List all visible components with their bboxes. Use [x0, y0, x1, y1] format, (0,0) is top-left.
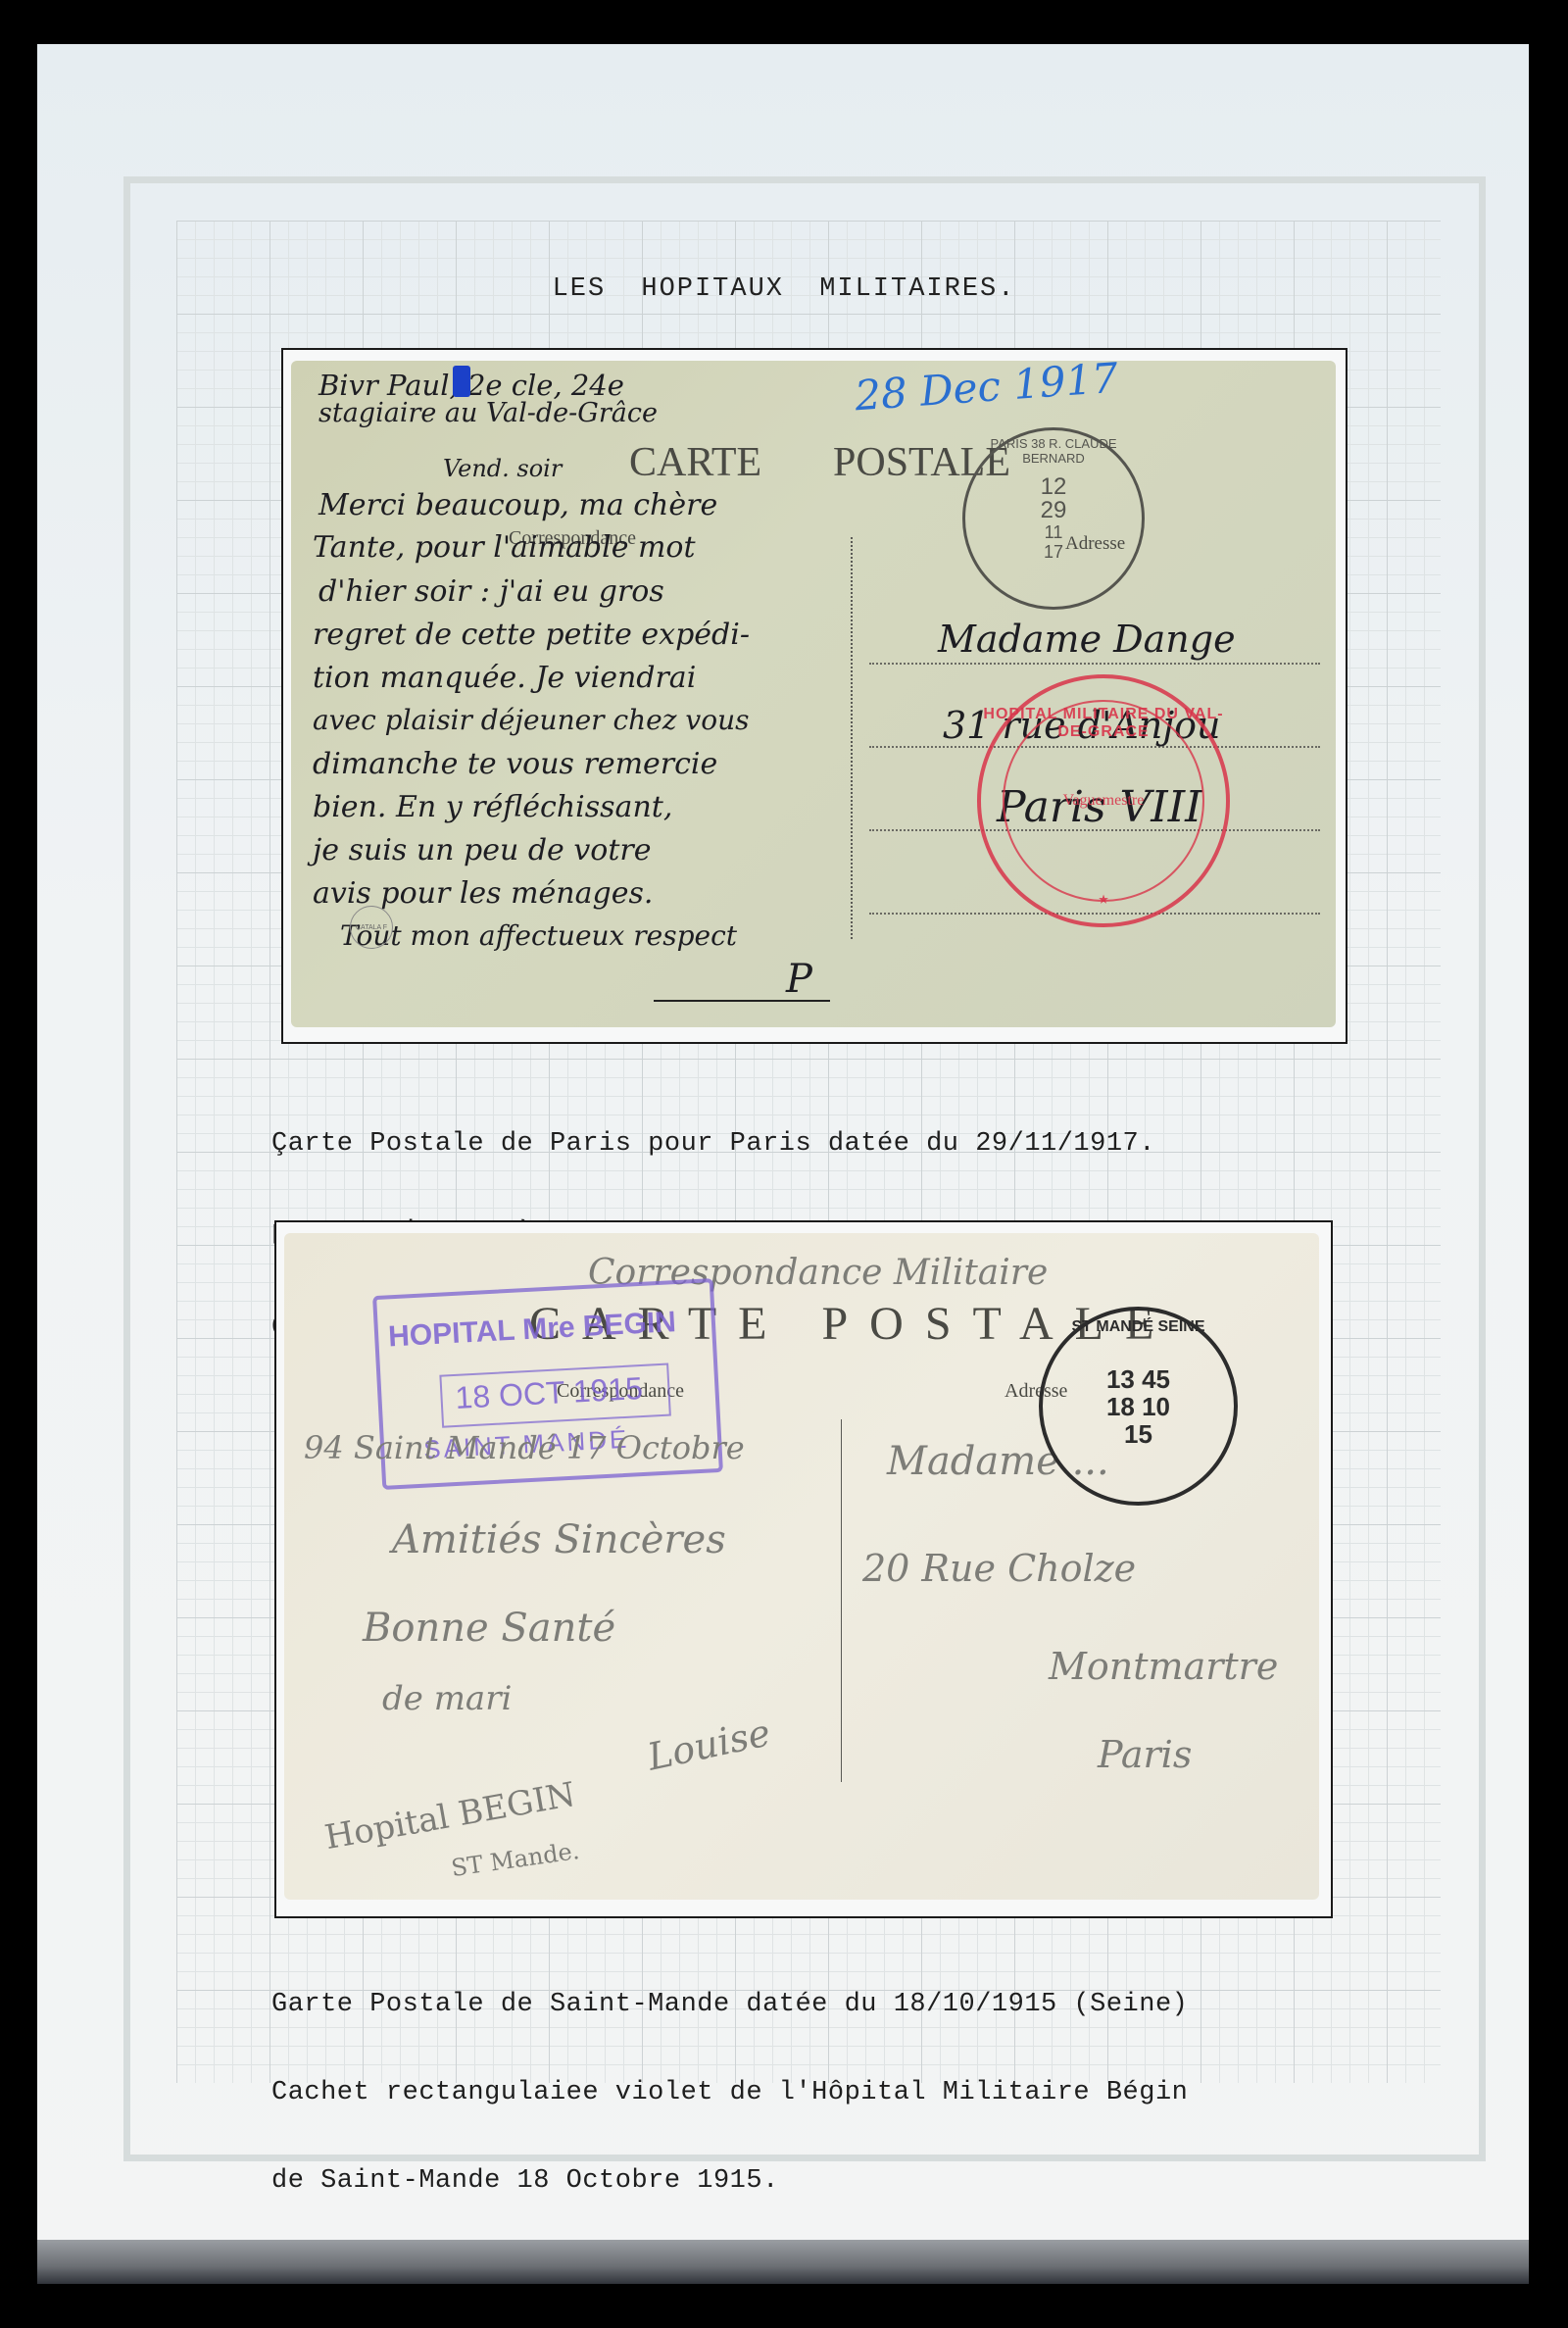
postmark-line: 11 [1045, 522, 1063, 542]
address-line-4: Paris [1098, 1733, 1192, 1776]
printed-heading-carte: CARTE [629, 439, 761, 486]
message-line: je suis un peu de votre [313, 833, 651, 867]
postmark-line: 13 45 [1106, 1365, 1170, 1393]
address-line-3: Montmartre [1049, 1645, 1278, 1688]
postmark-ring-text: PARIS 38 R. CLAUDE BERNARD [965, 436, 1142, 466]
red-hospital-cachet: HOPITAL MILITAIRE DU VAL-DE-GRACE Vaguem… [977, 674, 1230, 927]
message-line: d'hier soir : j'ai eu gros [318, 574, 664, 609]
pencil-note-line-2: ST Mande. [450, 1837, 581, 1882]
address-line-1: Madame Dange [938, 618, 1236, 661]
postcard-2[interactable]: Correspondance Militaire CARTE POSTALE C… [284, 1233, 1319, 1900]
message-line: dimanche te vous remercie [313, 747, 717, 781]
sender-header-line-1: Bivr Paul, 2e cle, 24e [318, 369, 624, 402]
cachet-ring-text: HOPITAL MILITAIRE DU VAL-DE-GRACE [981, 706, 1226, 741]
postmark-line: 29 [1041, 499, 1067, 522]
caption-line: Cachet rectangulaiee violet de l'Hôpital… [271, 2078, 1188, 2107]
message-signature: Louise [644, 1710, 774, 1778]
message-line: 94 Saint Mandé 17 Octobre [304, 1429, 745, 1466]
message-line: Vend. soir [443, 455, 562, 482]
message-line: tion manquée. Je viendrai [313, 661, 696, 695]
caption-line: de Saint-Mande 18 Octobre 1915. [271, 2166, 1188, 2196]
postmark-line: 12 [1041, 475, 1067, 499]
blue-date-annotation: 28 Dec 1917 [854, 361, 1120, 420]
signature: P [786, 957, 812, 1002]
postmark-line: 17 [1044, 542, 1063, 562]
saint-mande-postmark: ST MANDÉ SEINE 13 45 18 10 15 [1039, 1307, 1238, 1506]
message-line: Merci beaucoup, ma chère [318, 488, 717, 522]
printer-mark: CATALA F [350, 906, 393, 949]
paris-postmark: PARIS 38 R. CLAUDE BERNARD 12 29 11 17 [962, 427, 1145, 610]
caption-line: Çarte Postale de Paris pour Paris datée … [271, 1129, 1204, 1159]
message-line: Tante, pour l'aimable mot [313, 530, 696, 565]
message-line: avis pour les ménages. [313, 876, 653, 911]
star-icon: ★ [1099, 888, 1109, 910]
postmark-line: 15 [1124, 1420, 1152, 1448]
message-line: de mari [382, 1679, 512, 1718]
caption-2: Garte Postale de Saint-Mande datée du 18… [271, 1931, 1188, 2225]
sender-header-line-2: stagiaire au Val-de-Grâce [318, 398, 658, 428]
binder-edge [37, 2240, 1529, 2284]
message-line: bien. En y réfléchissant, [313, 790, 672, 824]
postmark-line: 18 10 [1106, 1393, 1170, 1420]
message-line: Amitiés Sincères [392, 1517, 726, 1562]
signature-underline [654, 1000, 830, 1002]
message-line: avec plaisir déjeuner chez vous [313, 704, 749, 736]
message-line: regret de cette petite expédi- [313, 618, 750, 652]
cachet-line-1: HOPITAL Mre BEGIN [387, 1306, 676, 1354]
card-divider [841, 1419, 842, 1782]
blue-ink-blot [453, 366, 470, 397]
printer-mark-text: CATALA F [356, 924, 387, 931]
card-divider [851, 537, 853, 939]
address-line [869, 663, 1320, 665]
postmark-ring-text: ST MANDÉ SEINE [1071, 1318, 1204, 1336]
message-line: Tout mon affectueux respect [340, 919, 737, 952]
address-line-2: 20 Rue Cholze [862, 1547, 1136, 1590]
page-title: LES HOPITAUX MILITAIRES. [0, 274, 1568, 304]
caption-line: Garte Postale de Saint-Mande datée du 18… [271, 1990, 1188, 2019]
postcard-1[interactable]: CARTE POSTALE Correspondance Adresse 28 … [291, 361, 1336, 1027]
message-line: Bonne Santé [363, 1606, 615, 1651]
